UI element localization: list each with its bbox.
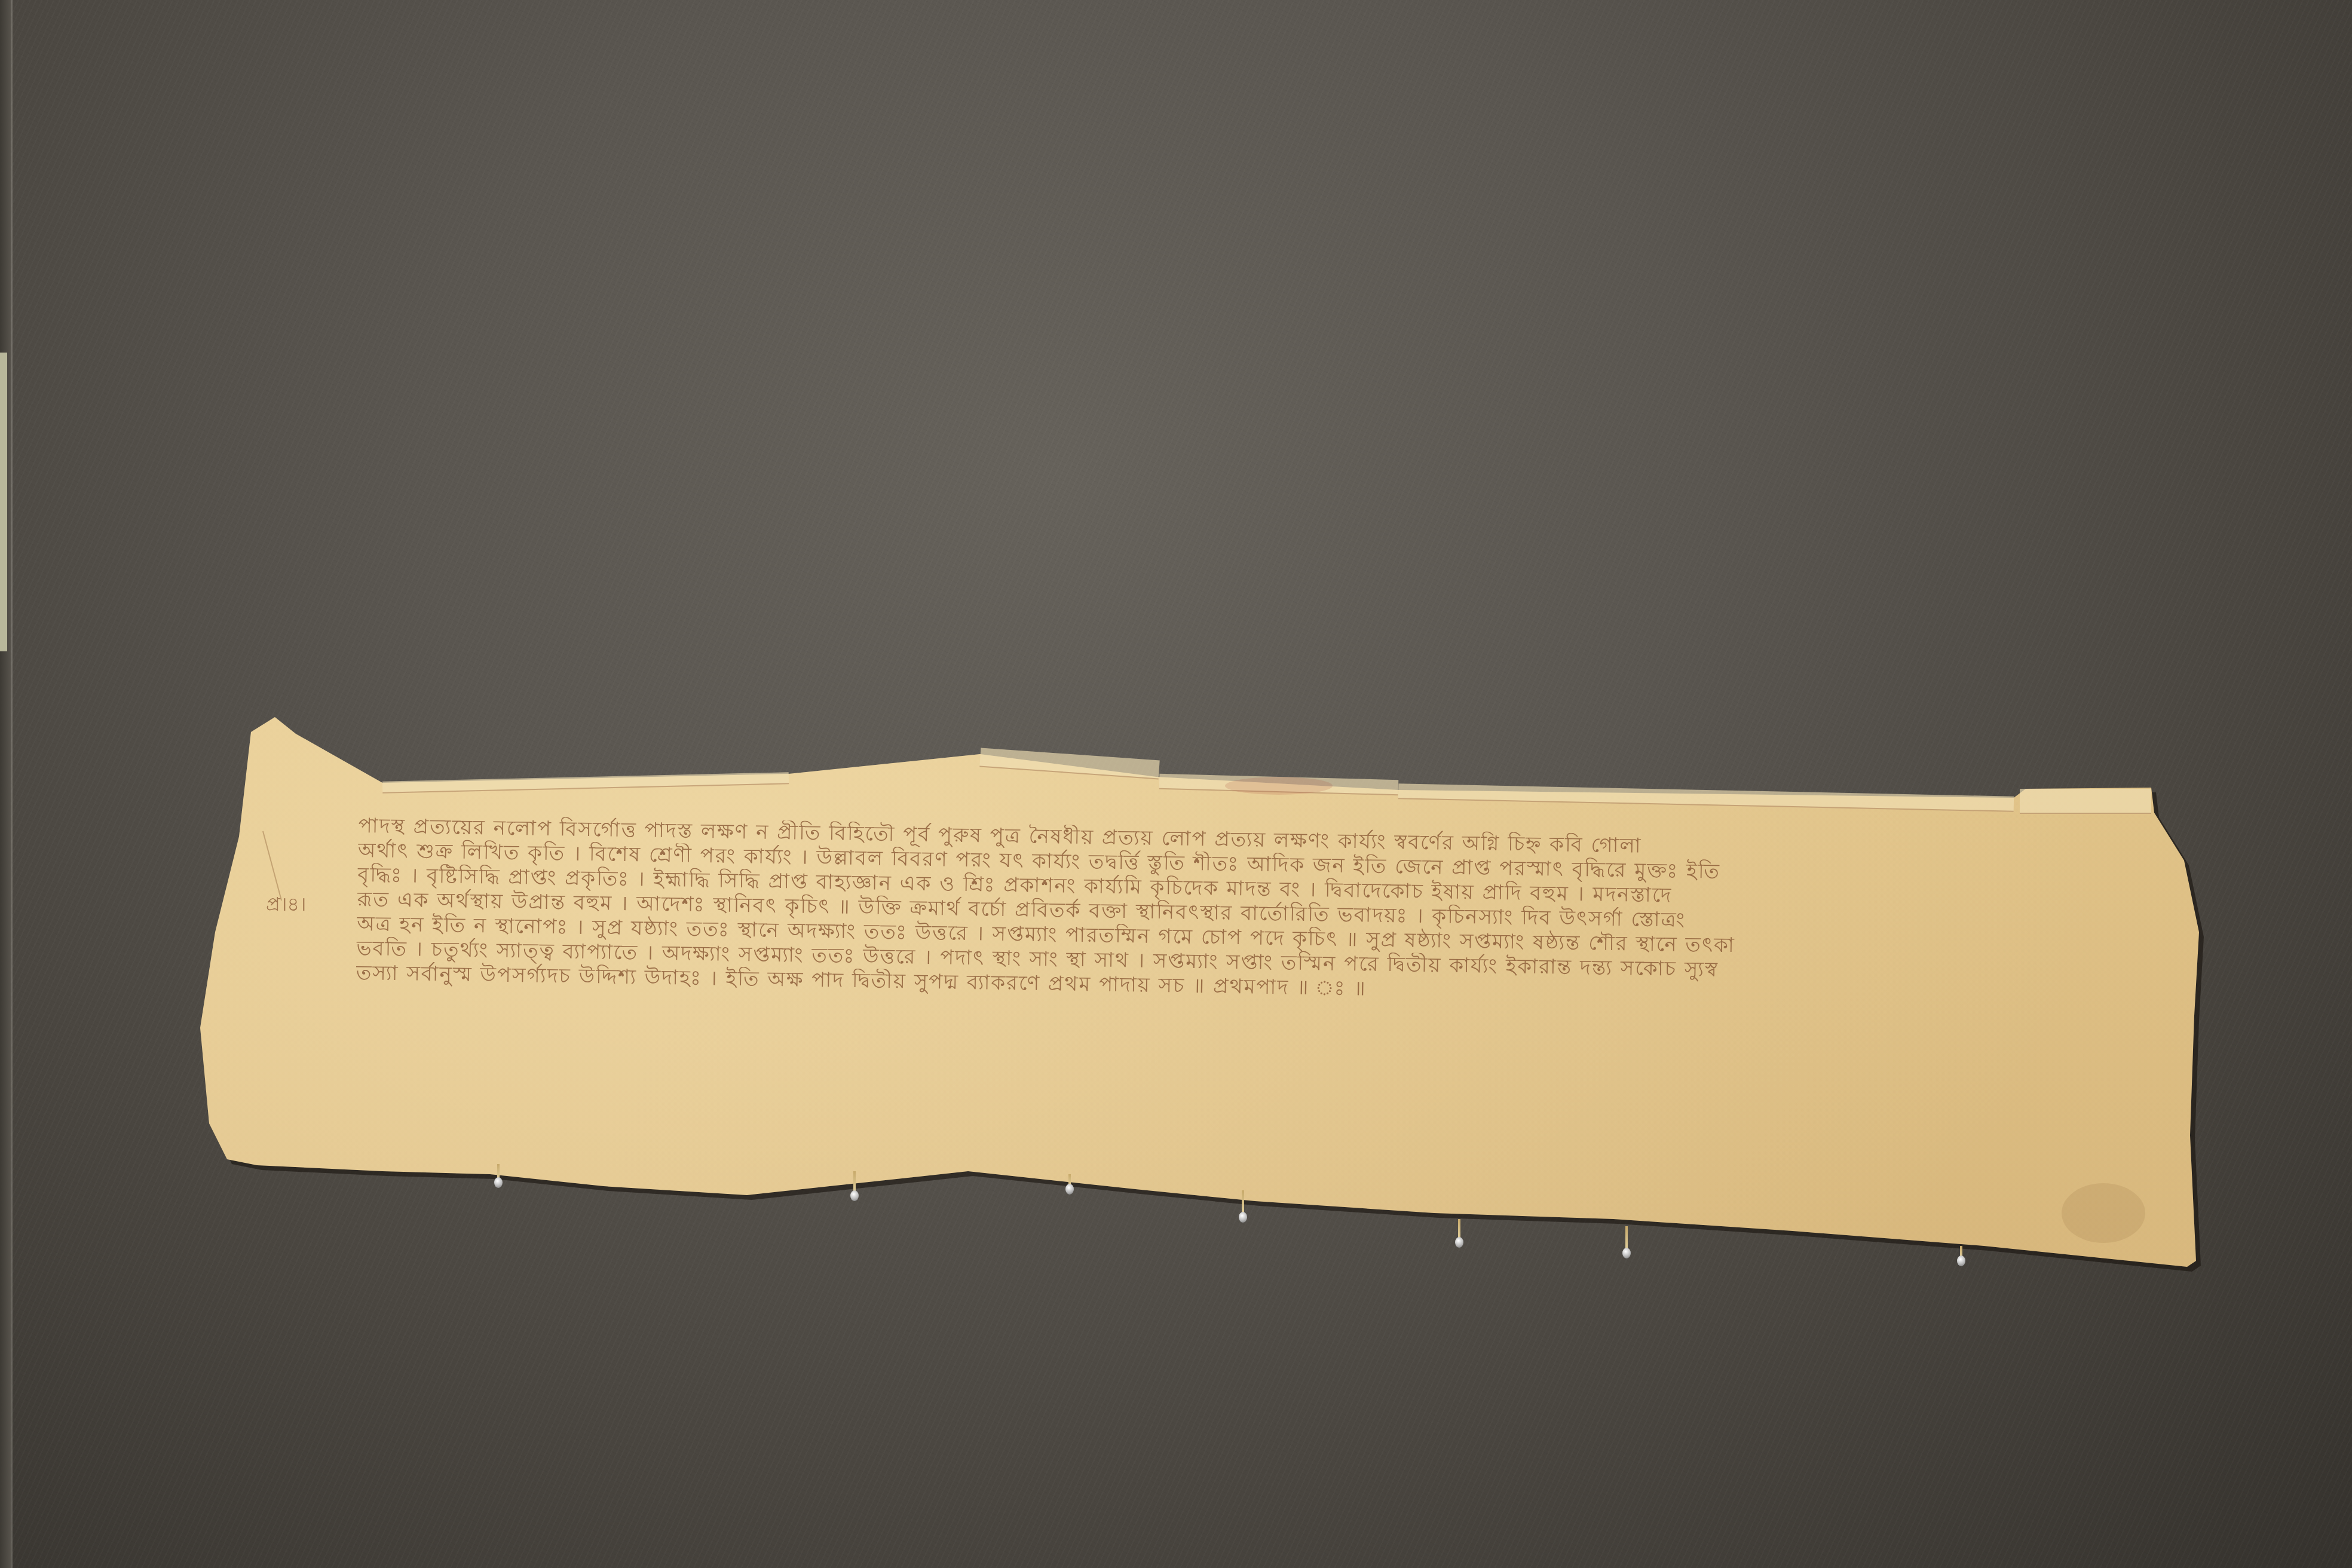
mounting-pin bbox=[853, 1171, 856, 1195]
manuscript-leaf-group: প্র।৪। পাদস্থ প্রত্যয়ের নলোপ বিসর্গোত্ত… bbox=[0, 0, 2352, 1568]
mounting-pin bbox=[1960, 1246, 1962, 1260]
stain bbox=[2062, 1183, 2145, 1243]
manuscript-text: পাদস্থ প্রত্যয়ের নলোপ বিসর্গোত্ত পাদস্ত… bbox=[356, 814, 2180, 1014]
stain bbox=[1225, 777, 1333, 795]
mounting-pin bbox=[1068, 1174, 1071, 1189]
mounting-pin bbox=[1242, 1190, 1244, 1217]
repair-strip bbox=[2020, 789, 2151, 814]
mounting-pin bbox=[1458, 1219, 1460, 1242]
mounting-pin bbox=[1625, 1226, 1628, 1252]
folio-number: প্র।৪। bbox=[266, 889, 307, 921]
mounting-pin bbox=[497, 1164, 500, 1182]
